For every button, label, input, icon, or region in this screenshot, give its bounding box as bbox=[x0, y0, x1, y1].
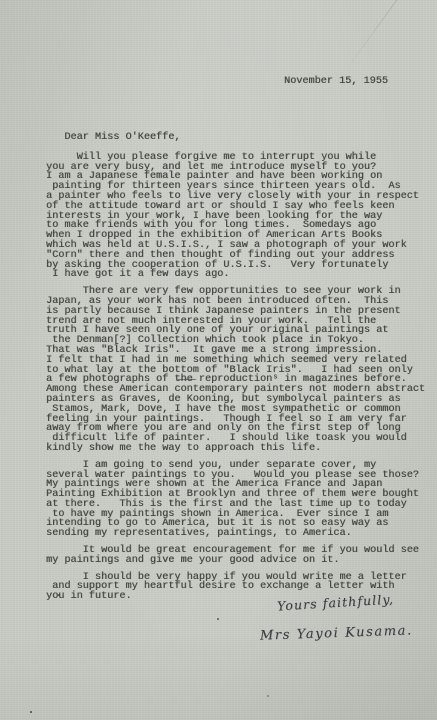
letter-date: November 15, 1955 bbox=[284, 77, 388, 87]
paragraph-2: There are very few opportunities to see … bbox=[46, 287, 425, 454]
salutation: Dear Miss O'Keeffe, bbox=[46, 133, 425, 143]
paper-speck bbox=[217, 618, 219, 620]
handwritten-signature: Mrs Yayoi Kusama. bbox=[260, 626, 413, 641]
paper-speck bbox=[58, 594, 60, 596]
paragraph-4: It would be great encouragement for me i… bbox=[46, 546, 425, 566]
paper-crease bbox=[344, 0, 401, 72]
letter-body: Dear Miss O'Keeffe, Will you please forg… bbox=[46, 133, 425, 609]
paper-speck bbox=[30, 711, 32, 713]
paragraph-1: Will you please forgive me to interrupt … bbox=[46, 153, 425, 280]
paragraph-3: I am going to send you, under separate c… bbox=[46, 461, 425, 539]
letter-page: November 15, 1955 Dear Miss O'Keeffe, Wi… bbox=[0, 0, 437, 720]
paper-speck bbox=[267, 695, 269, 697]
